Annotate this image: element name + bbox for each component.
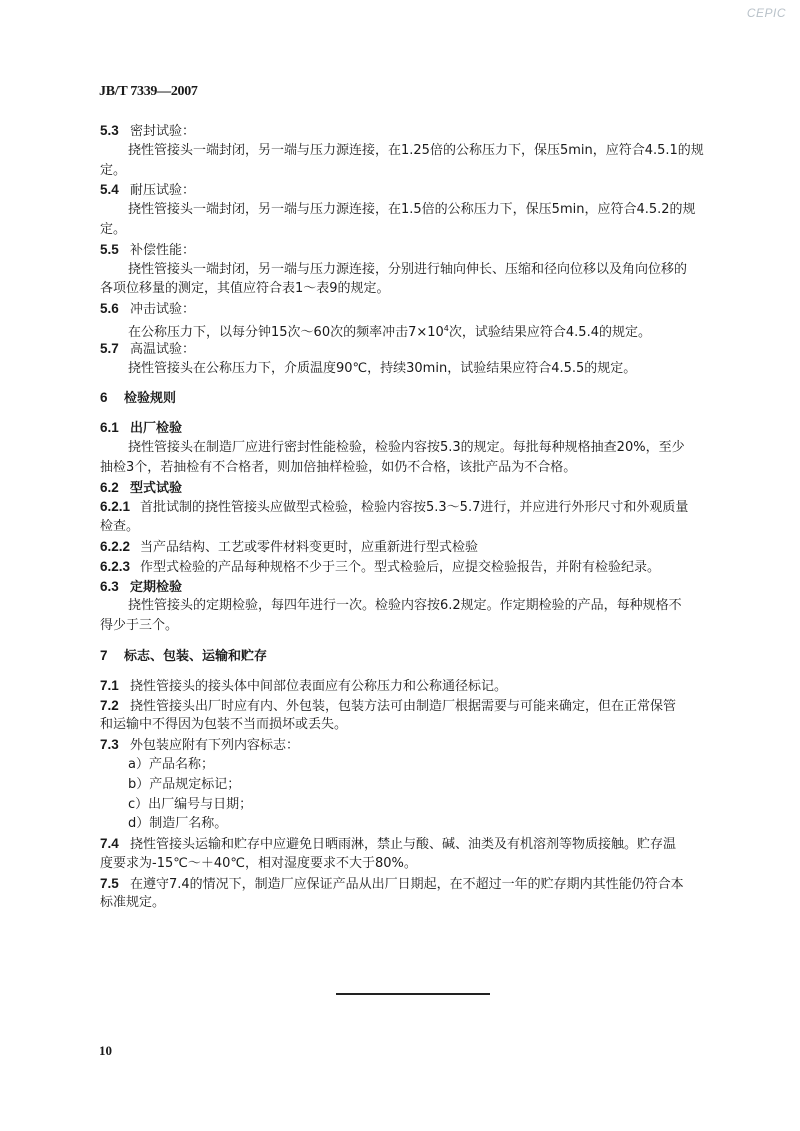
- paragraph: 定。: [100, 220, 740, 240]
- paragraph: 挠性管接头一端封闭，另一端与压力源连接，在1.5倍的公称压力下，保压5min，应…: [100, 200, 740, 220]
- section-heading-5-5: 5.5补偿性能：: [100, 240, 740, 260]
- list-item: d）制造厂名称。: [100, 814, 740, 834]
- paragraph: 检查。: [100, 517, 740, 537]
- section-heading-6-3: 6.3定期检验: [100, 577, 740, 597]
- chapter-heading-6: 6检验规则: [100, 388, 740, 408]
- paragraph: 在公称压力下，以每分钟15次～60次的频率冲击7×104次，试验结果应符合4.5…: [100, 319, 740, 339]
- clause-7-3: 7.3外包装应附有下列内容标志：: [100, 735, 740, 755]
- section-heading-5-3: 5.3密封试验：: [100, 121, 740, 141]
- clause-6-2-2: 6.2.2当产品结构、工艺或零件材料变更时，应重新进行型式检验: [100, 537, 740, 557]
- clause-6-2-1: 6.2.1首批试制的挠性管接头应做型式检验，检验内容按5.3～5.7进行，并应进…: [100, 497, 740, 517]
- clause-7-4: 7.4挠性管接头运输和贮存中应避免日晒雨淋，禁止与酸、碱、油类及有机溶剂等物质接…: [100, 834, 740, 854]
- paragraph: 挠性管接头在公称压力下，介质温度90℃，持续30min，试验结果应符合4.5.5…: [100, 359, 740, 379]
- clause-7-2: 7.2挠性管接头出厂时应有内、外包装，包装方法可由制造厂根据需要与可能来确定，但…: [100, 696, 740, 716]
- section-heading-6-2: 6.2型式试验: [100, 478, 740, 498]
- paragraph: 标准规定。: [100, 893, 740, 913]
- paragraph: 定。: [100, 161, 740, 181]
- paragraph: 挠性管接头在制造厂应进行密封性能检验，检验内容按5.3的规定。每批每种规格抽查2…: [100, 438, 740, 458]
- page-number: 10: [99, 1043, 112, 1059]
- section-heading-6-1: 6.1出厂检验: [100, 418, 740, 438]
- chapter-heading-7: 7标志、包装、运输和贮存: [100, 646, 740, 666]
- paragraph: 挠性管接头一端封闭，另一端与压力源连接，在1.25倍的公称压力下，保压5min，…: [100, 141, 740, 161]
- list-item: c）出厂编号与日期；: [100, 795, 740, 815]
- paragraph: 各项位移量的测定，其值应符合表1～表9的规定。: [100, 279, 740, 299]
- cepic-watermark: CEPIC: [747, 6, 786, 20]
- list-item: a）产品名称；: [100, 755, 740, 775]
- clause-7-1: 7.1挠性管接头的接头体中间部位表面应有公称压力和公称通径标记。: [100, 676, 740, 696]
- paragraph: 抽检3个，若抽检有不合格者，则加倍抽样检验，如仍不合格，该批产品为不合格。: [100, 458, 740, 478]
- standard-code: JB/T 7339—2007: [99, 84, 198, 100]
- clause-7-5: 7.5在遵守7.4的情况下，制造厂应保证产品从出厂日期起，在不超过一年的贮存期内…: [100, 874, 740, 894]
- paragraph: 挠性管接头一端封闭，另一端与压力源连接，分别进行轴向伸长、压缩和径向位移以及角向…: [100, 260, 740, 280]
- section-heading-5-7: 5.7高温试验：: [100, 339, 740, 359]
- list-item: b）产品规定标记；: [100, 775, 740, 795]
- paragraph: 得少于三个。: [100, 616, 740, 636]
- document-body: 5.3密封试验： 挠性管接头一端封闭，另一端与压力源连接，在1.25倍的公称压力…: [100, 121, 740, 913]
- paragraph: 度要求为-15℃～＋40℃，相对湿度要求不大于80%。: [100, 854, 740, 874]
- paragraph: 和运输中不得因为包装不当而损坏或丢失。: [100, 715, 740, 735]
- paragraph: 挠性管接头的定期检验，每四年进行一次。检验内容按6.2规定。作定期检验的产品，每…: [100, 596, 740, 616]
- section-heading-5-6: 5.6冲击试验：: [100, 299, 740, 319]
- section-heading-5-4: 5.4耐压试验：: [100, 180, 740, 200]
- clause-6-2-3: 6.2.3作型式检验的产品每种规格不少于三个。型式检验后，应提交检验报告，并附有…: [100, 557, 740, 577]
- end-of-standard-rule: [336, 993, 490, 995]
